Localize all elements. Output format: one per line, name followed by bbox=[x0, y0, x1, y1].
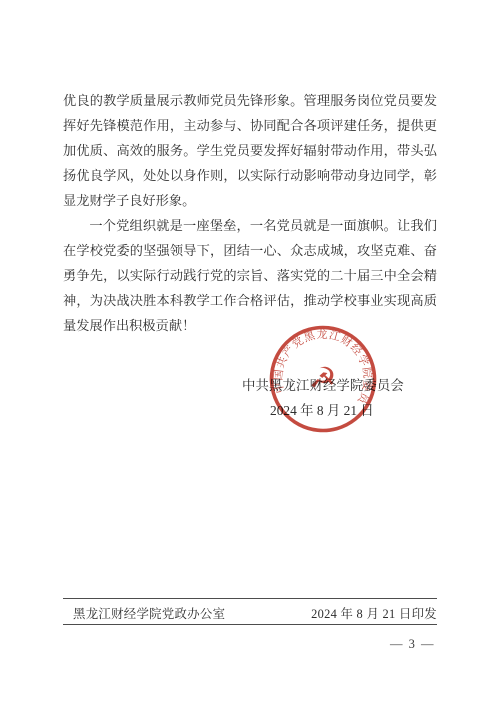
page-number: — 3 — bbox=[390, 637, 435, 652]
footer-office: 黑龙江财经学院党政办公室 bbox=[73, 604, 225, 622]
footer-print-date: 2024 年 8 月 21 日印发 bbox=[311, 604, 437, 622]
document-page: 优良的教学质量展示教师党员先锋形象。管理服务岗位党员要发挥好先锋模范作用，主动参… bbox=[0, 0, 499, 707]
paragraph-1: 优良的教学质量展示教师党员先锋形象。管理服务岗位党员要发挥好先锋模范作用，主动参… bbox=[63, 88, 437, 213]
signature-org: 中共黑龙江财经学院委员会 bbox=[242, 375, 404, 394]
body-text: 优良的教学质量展示教师党员先锋形象。管理服务岗位党员要发挥好先锋模范作用，主动参… bbox=[63, 88, 437, 338]
signature-date: 2024 年 8 月 21 日 bbox=[270, 400, 374, 419]
footer-row: 黑龙江财经学院党政办公室 2024 年 8 月 21 日印发 bbox=[63, 604, 437, 622]
paragraph-2: 一个党组织就是一座堡垒，一名党员就是一面旗帜。让我们在学校党委的坚强领导下，团结… bbox=[63, 213, 437, 338]
footer-rule-top bbox=[63, 598, 437, 599]
footer-rule-bottom bbox=[63, 624, 437, 625]
